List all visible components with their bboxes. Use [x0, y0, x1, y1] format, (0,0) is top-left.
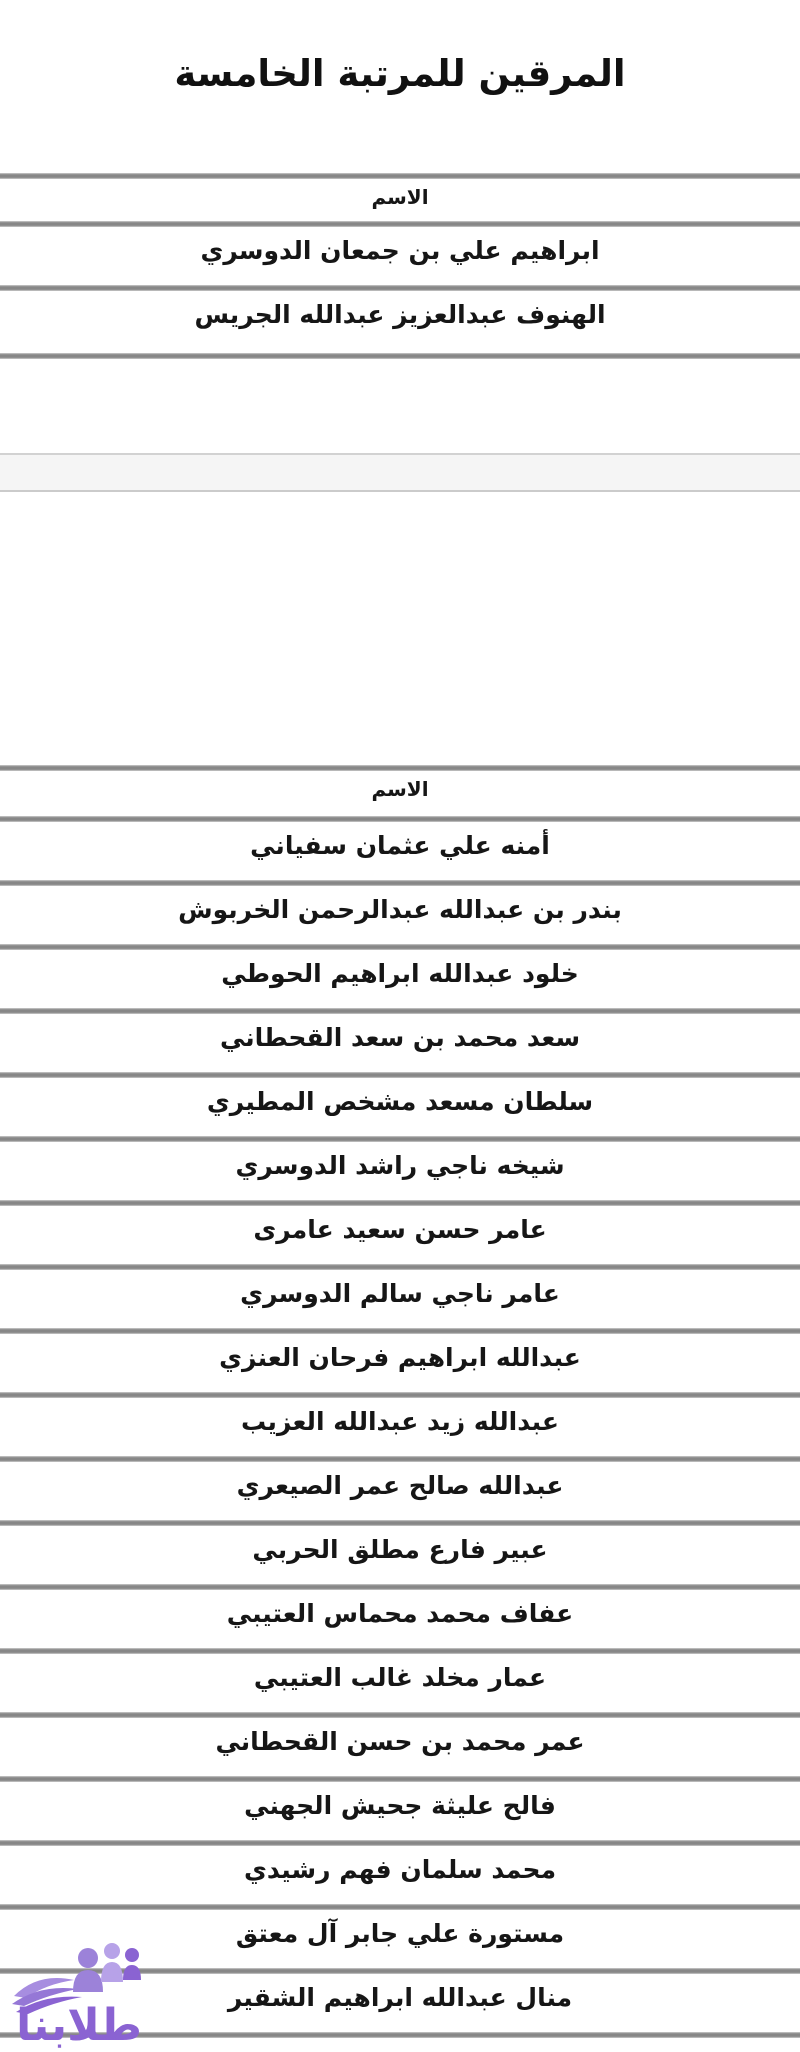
- name-cell: الهنوف عبدالعزيز عبدالله الجريس: [194, 300, 605, 329]
- column-header-label: الاسم: [371, 777, 428, 801]
- column-header-name: الاسم: [0, 771, 800, 816]
- table-row: شيخه ناجي راشد الدوسري: [0, 1142, 800, 1200]
- name-cell: مستورة علي جابر آل معتق: [236, 1919, 564, 1948]
- table-row: ابراهيم علي بن جمعان الدوسري: [0, 227, 800, 285]
- name-cell: خلود عبدالله ابراهيم الحوطي: [221, 959, 579, 988]
- table-row: عبدالله زيد عبدالله العزيب: [0, 1398, 800, 1456]
- table-row: الهنوف عبدالعزيز عبدالله الجريس: [0, 291, 800, 353]
- name-cell: عمار مخلد غالب العتيبي: [254, 1663, 546, 1692]
- document-page: المرقين للمرتبة الخامسة الاسم ابراهيم عل…: [0, 0, 800, 2052]
- promotion-table-2: الاسم أمنه علي عثمان سفياني بندر بن عبدا…: [0, 765, 800, 2038]
- table-row: مستورة علي جابر آل معتق: [0, 1910, 800, 1968]
- table-row: عبدالله صالح عمر الصيعري: [0, 1462, 800, 1520]
- table-border: [0, 353, 800, 359]
- table-row: سلطان مسعد مشخص المطيري: [0, 1078, 800, 1136]
- table-row: عمار مخلد غالب العتيبي: [0, 1654, 800, 1712]
- table-row: فالح عليثة جحيش الجهني: [0, 1782, 800, 1840]
- name-cell: سلطان مسعد مشخص المطيري: [207, 1087, 593, 1116]
- page-title: المرقين للمرتبة الخامسة: [0, 52, 800, 95]
- name-cell: عبدالله صالح عمر الصيعري: [237, 1471, 564, 1500]
- table-row: أمنه علي عثمان سفياني: [0, 822, 800, 880]
- column-header-label: الاسم: [371, 185, 428, 209]
- name-cell: عبدالله ابراهيم فرحان العنزي: [219, 1343, 581, 1372]
- table-row: عبدالله ابراهيم فرحان العنزي: [0, 1334, 800, 1392]
- table-row: بندر بن عبدالله عبدالرحمن الخربوش: [0, 886, 800, 944]
- table-row: عامر حسن سعيد عامرى: [0, 1206, 800, 1264]
- name-cell: عامر ناجي سالم الدوسري: [240, 1279, 560, 1308]
- name-cell: ابراهيم علي بن جمعان الدوسري: [200, 236, 599, 265]
- table-row: عمر محمد بن حسن القحطاني: [0, 1718, 800, 1776]
- table-row: عبير فارع مطلق الحربي: [0, 1526, 800, 1584]
- table-row: محمد سلمان فهم رشيدي: [0, 1846, 800, 1904]
- name-cell: منال عبدالله ابراهيم الشقير: [228, 1983, 572, 2012]
- table-row: عامر ناجي سالم الدوسري: [0, 1270, 800, 1328]
- name-cell: بندر بن عبدالله عبدالرحمن الخربوش: [178, 895, 622, 924]
- name-cell: عامر حسن سعيد عامرى: [253, 1215, 546, 1244]
- table-row: خلود عبدالله ابراهيم الحوطي: [0, 950, 800, 1008]
- name-cell: عمر محمد بن حسن القحطاني: [215, 1727, 584, 1756]
- name-cell: سعد محمد بن سعد القحطاني: [220, 1023, 580, 1052]
- column-header-name: الاسم: [0, 179, 800, 221]
- name-cell: محمد سلمان فهم رشيدي: [244, 1855, 556, 1884]
- table-border: [0, 2032, 800, 2038]
- name-cell: عبدالله زيد عبدالله العزيب: [241, 1407, 559, 1436]
- name-cell: عفاف محمد محماس العتيبي: [227, 1599, 573, 1628]
- name-cell: عبير فارع مطلق الحربي: [252, 1535, 547, 1564]
- name-cell: فالح عليثة جحيش الجهني: [244, 1791, 556, 1820]
- name-cell: أمنه علي عثمان سفياني: [250, 831, 550, 860]
- promotion-table-1: الاسم ابراهيم علي بن جمعان الدوسري الهنو…: [0, 173, 800, 359]
- table-row: عفاف محمد محماس العتيبي: [0, 1590, 800, 1648]
- empty-grey-row: [0, 453, 800, 492]
- table-row: سعد محمد بن سعد القحطاني: [0, 1014, 800, 1072]
- table-row: منال عبدالله ابراهيم الشقير: [0, 1974, 800, 2032]
- name-cell: شيخه ناجي راشد الدوسري: [235, 1151, 564, 1180]
